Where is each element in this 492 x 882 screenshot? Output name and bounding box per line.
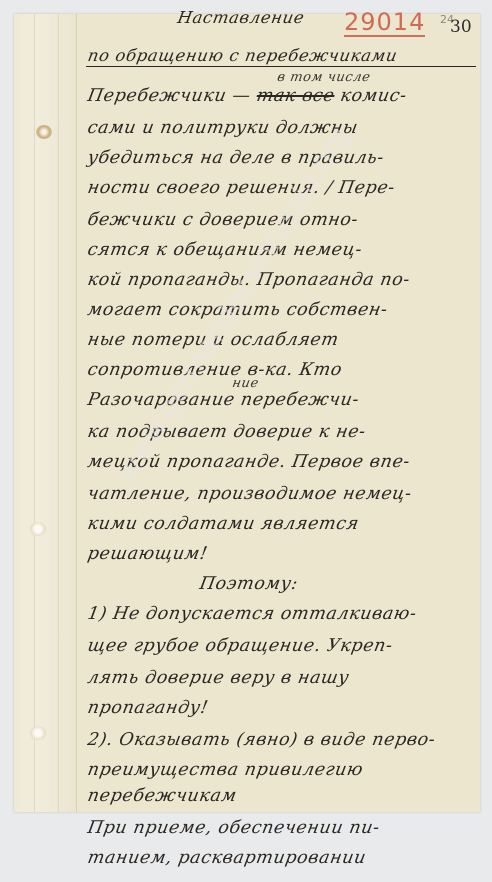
text-line: сопротивление в-ка. Кто [86,360,344,380]
text-line: сятся к обещаниям немец- [86,240,364,260]
text-line: мецкой пропаганде. Первое впе- [86,452,412,472]
text-line: щее грубое обращение. Укреп- [86,636,394,656]
text-line: ные потери и ослабляет [86,330,340,350]
punch-hole [36,125,52,139]
punch-hole [30,726,46,740]
text-line: убедиться на деле в правиль- [86,148,386,168]
text-line: 1) Не допускается отталкиваю- [86,604,418,624]
insertion: в том числе [276,70,372,85]
text-line: кими солдатами является [86,514,361,534]
text-line: При приеме, обеспечении пи- [86,818,381,838]
text-line: преимущества привилегию [86,760,365,780]
folio-number: 30 [450,17,472,37]
binding-crease [58,14,59,812]
insertion: ние [231,376,260,391]
text-line: танием, расквартировании [86,848,368,868]
document-title: Наставление [176,8,306,27]
text-line: лять доверие веру в нашу [86,668,351,688]
subtitle-text: по обращению с перебежчиками [86,46,399,65]
text-line: 2). Оказывать (явно) в виде перво- [86,730,437,750]
text-line: ка подрывает доверие к не- [86,422,367,442]
text-line: сами и политруки должны [86,118,360,138]
binding-crease [34,14,35,812]
text-line: ности своего решения. / Пере- [86,178,397,198]
text-line: Разочарование перебежчи- [86,390,361,410]
text-line: бежчики с доверием отно- [86,210,360,230]
text-line: могает сократить собствен- [86,300,389,320]
text-line: решающим! [86,544,209,564]
section-heading: Поэтому: [198,574,300,594]
text-line: перебежчикам [86,786,238,806]
archive-stamp: 29014 [344,9,425,37]
text-line: Перебежчики — так все комис- [86,86,408,106]
document-subtitle: по обращению с перебежчиками [86,46,480,67]
struck-text: так все [255,86,336,106]
text-line: чатление, производимое немец- [86,484,413,504]
line-text: Перебежчики — [86,86,259,106]
text-line: кой пропаганды. Пропаганда по- [86,270,412,290]
punch-hole [30,522,46,536]
text-line: пропаганду! [86,698,210,718]
